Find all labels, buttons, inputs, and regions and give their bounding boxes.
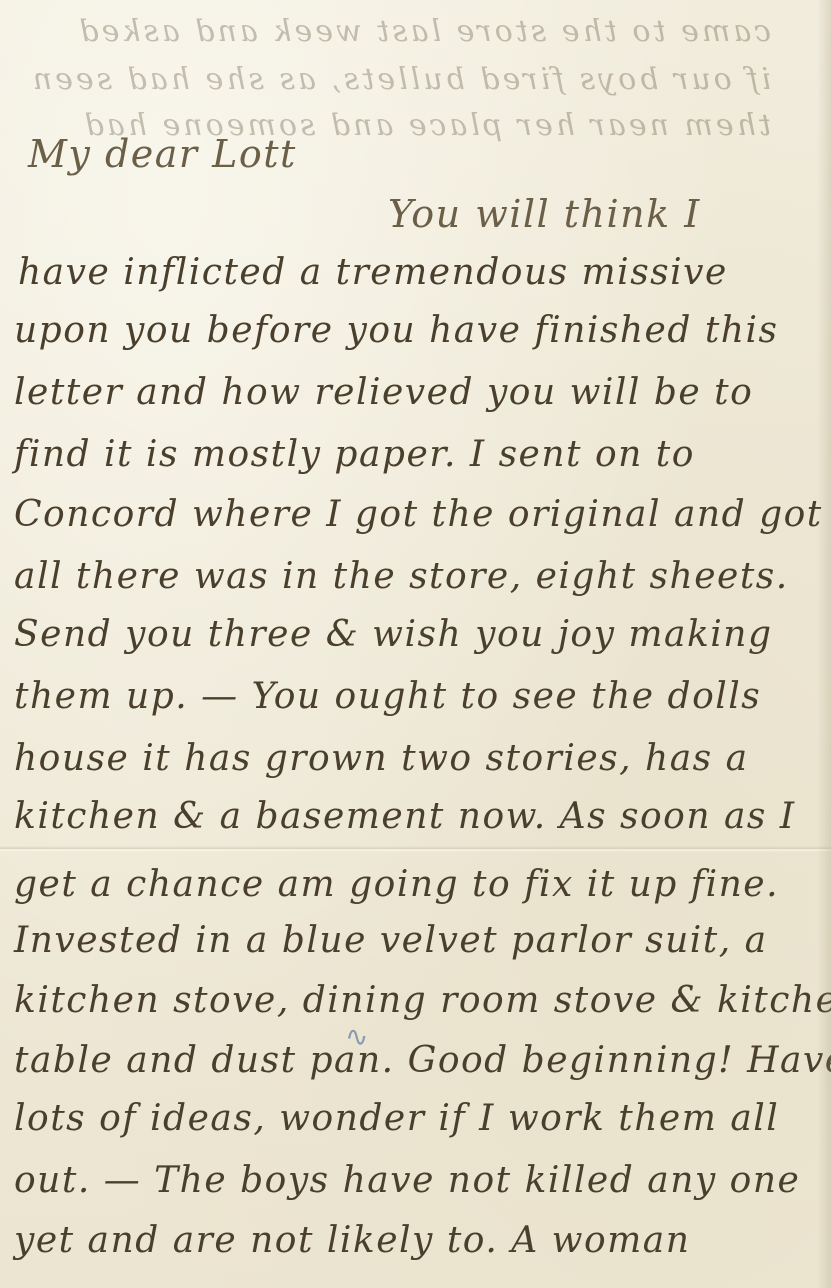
letter-line: get a chance am going to fix it up fine. <box>14 864 779 905</box>
letter-line: Concord where I got the original and got <box>14 494 823 535</box>
letter-line: upon you before you have finished this <box>14 310 778 351</box>
letter-line: You will think I <box>388 192 701 236</box>
letter-line: out. — The boys have not killed any one <box>14 1160 800 1201</box>
letter-line: lots of ideas, wonder if I work them all <box>14 1098 779 1139</box>
letter-line: table and dust pan. Good beginning! Have <box>14 1040 831 1081</box>
letter-line: yet and are not likely to. A woman <box>14 1220 690 1261</box>
letter-line: kitchen stove, dining room stove & kitch… <box>14 980 831 1021</box>
letter-line: Invested in a blue velvet parlor suit, a <box>14 920 768 961</box>
letter-page: came to the store last week and asked if… <box>0 0 831 1288</box>
bleed-through-line: came to the store last week and asked <box>0 14 831 49</box>
letter-line: kitchen & a basement now. As soon as I <box>14 796 796 837</box>
page-edge <box>817 0 831 1288</box>
salutation: My dear Lott <box>28 132 297 176</box>
letter-line: Send you three & wish you joy making <box>14 614 773 655</box>
letter-line: find it is mostly paper. I sent on to <box>14 434 695 475</box>
paper-fold <box>0 846 831 852</box>
letter-line: them up. — You ought to see the dolls <box>14 676 761 717</box>
letter-line: have inflicted a tremendous missive <box>18 252 728 293</box>
letter-line: house it has grown two stories, has a <box>14 738 749 779</box>
bleed-through-line: if our boys fired bullets, as she had se… <box>0 62 831 97</box>
letter-line: all there was in the store, eight sheets… <box>14 556 789 597</box>
letter-line: letter and how relieved you will be to <box>14 372 753 413</box>
